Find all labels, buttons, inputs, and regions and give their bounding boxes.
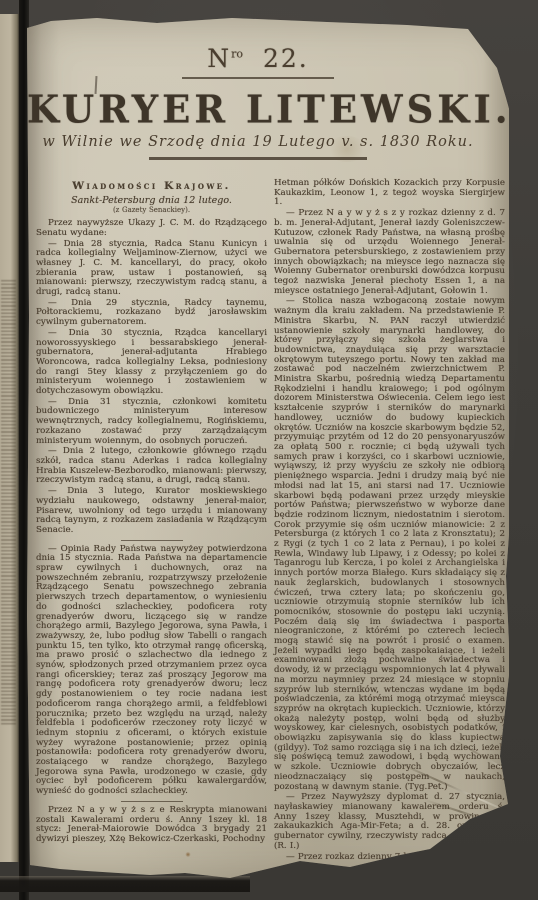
masthead-rule (149, 157, 367, 160)
left-column: Wiadomości Krajowe. Sankt-Petersburg dni… (36, 182, 267, 846)
adjacent-page-edge (0, 14, 19, 862)
issue-digits: 22. (263, 44, 309, 73)
newspaper-title: KURYER LITEWSKI. (27, 86, 489, 132)
scanned-newspaper-photo: Nro 22. KURYER LITEWSKI. w Wilnie we Srz… (0, 0, 538, 900)
paragraph: — Dnia 28 stycznia, Radca Stanu Kunicyn … (36, 240, 267, 298)
right-column-body: Hetman półków Dońskich Kozackich przy Ko… (274, 179, 505, 862)
paragraph: Przez naywyższe Ukazy J. C. M. do Rządzą… (36, 219, 267, 238)
masthead-dateline: w Wilnie we Srzodę dnia 19 Lutego v. s. … (27, 134, 489, 150)
paragraph: — Przez N a y w y ż s z y rozkaz dzienny… (274, 209, 505, 296)
paragraph: — Przez rozkaz dzienny 7 lutego: jenerał… (274, 853, 505, 863)
paragraph: Przez N a y w y ż s z e Reskrypta mianow… (36, 806, 267, 845)
left-column-body: Przez naywyższe Ukazy J. C. M. do Rządzą… (36, 219, 267, 845)
issue-superscript: ro (231, 48, 243, 61)
paragraph: — Dnia 3 lutego, Kurator moskiewskiego w… (36, 487, 267, 536)
newspaper-page: Nro 22. KURYER LITEWSKI. w Wilnie we Srz… (27, 16, 509, 882)
adjacent-page-text-blur (1, 280, 16, 725)
paragraph: — Dnia 2 lutego, członkowie głównego rzą… (36, 447, 267, 486)
paragraph: — Przez Naywyższy dyplomat d. 27 styczni… (274, 793, 505, 851)
right-column: Hetman półków Dońskich Kozackich przy Ko… (274, 179, 505, 863)
paper-stain (185, 852, 191, 857)
column-source: (z Gazety Senackiey). (36, 206, 267, 216)
paragraph: Hetman półków Dońskich Kozackich przy Ko… (274, 179, 505, 208)
binding-gutter-shadow (19, 0, 29, 900)
issue-number: Nro 22. (27, 44, 489, 73)
paragraph: — Opinia Rady Państwa naywyżey potwierdz… (36, 545, 267, 797)
issue-rule (182, 77, 334, 79)
book-block-edge (0, 876, 250, 892)
section-divider (121, 540, 183, 541)
section-heading: Wiadomości Krajowe. (36, 182, 267, 192)
paragraph: — Stolica nasza wzbogaconą zostaie nowym… (274, 297, 505, 792)
paragraph: — Dnia 29 stycznia, Radcy taynemu, Połto… (36, 299, 267, 328)
paragraph: — Dnia 31 stycznia, członkowi komitetu b… (36, 398, 267, 447)
masthead: Nro 22. KURYER LITEWSKI. w Wilnie we Srz… (27, 44, 489, 160)
paragraph: — Dnia 30 stycznia, Rządca kancellaryi n… (36, 329, 267, 397)
column-dateline: Sankt-Petersburg dnia 12 lutego. (36, 196, 267, 206)
issue-letter: N (207, 44, 231, 73)
section-divider (121, 801, 183, 802)
